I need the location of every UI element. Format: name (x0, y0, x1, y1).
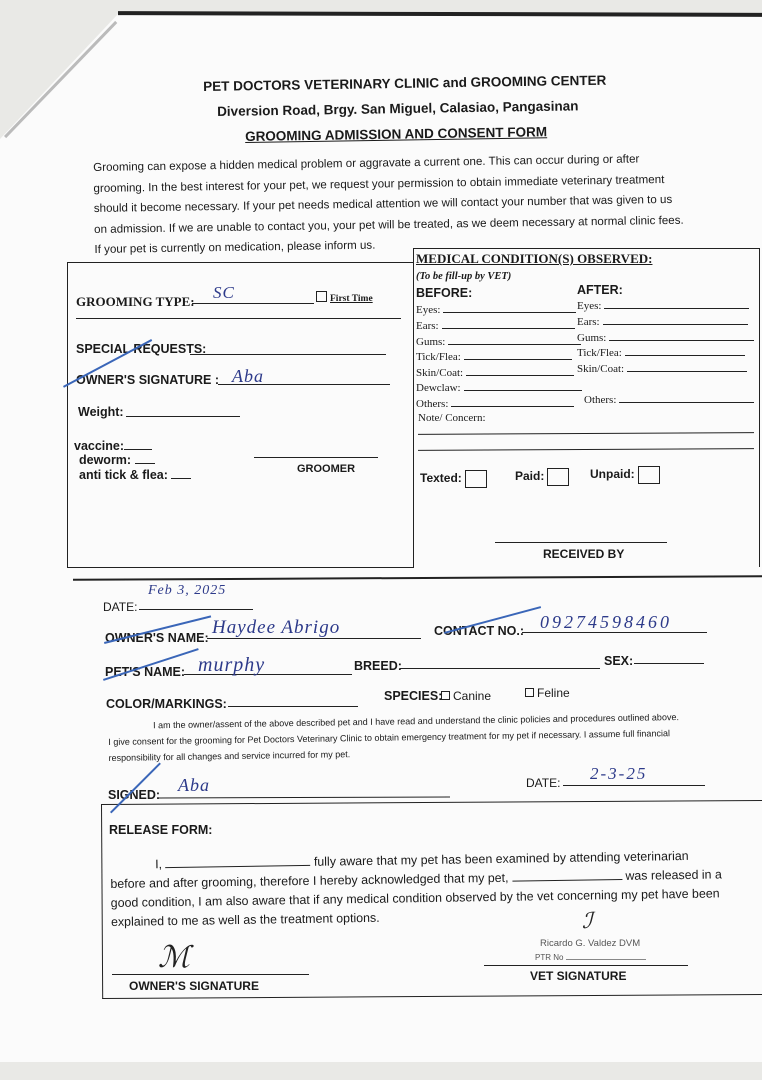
after-field-row: Skin/Coat: (577, 362, 747, 375)
ptr-field[interactable] (566, 952, 646, 960)
before-field-input[interactable] (448, 335, 581, 345)
special-requests-field[interactable] (190, 354, 386, 355)
texted-label: Texted: (420, 471, 462, 485)
paid-option: Paid: (515, 468, 569, 486)
consent-paragraph: I am the owner/assent of the above descr… (108, 708, 729, 766)
after-field-row: Ears: (577, 315, 748, 328)
consent-date-label: DATE: (526, 776, 560, 790)
before-field-input[interactable] (451, 397, 574, 407)
before-field-input[interactable] (464, 350, 572, 360)
before-field-row: Dewclaw: (416, 381, 582, 394)
owner-release-signature: ℳ (158, 940, 191, 975)
release-paragraph: I, fully aware that my pet has been exam… (110, 846, 761, 932)
before-field-label: Tick/Flea: (416, 351, 461, 363)
after-field-input[interactable] (603, 315, 748, 325)
before-field-row: Eyes: (416, 303, 576, 316)
medical-subtitle: (To be fill-up by VET) (416, 271, 511, 282)
owner-release-signature-line[interactable] (112, 974, 309, 975)
consent-date-value: 2-3-25 (590, 764, 647, 784)
after-field-label: Eyes: (577, 300, 601, 312)
deworm-text: deworm: (79, 453, 131, 467)
deworm-field[interactable] (135, 451, 155, 464)
before-label: BEFORE: (416, 286, 472, 300)
unpaid-option: Unpaid: (590, 466, 660, 484)
vet-signature-label: VET SIGNATURE (530, 969, 626, 983)
before-field-label: Eyes: (416, 304, 440, 316)
before-field-row: Tick/Flea: (416, 350, 572, 363)
pet-name-label: PET'S NAME: (105, 665, 185, 679)
species-canine-option[interactable]: Canine (441, 689, 491, 703)
anti-tick-text: anti tick & flea: (79, 468, 168, 482)
before-field-label: Others: (416, 398, 448, 410)
before-field-label: Gums: (416, 336, 445, 348)
sex-field[interactable] (634, 663, 704, 664)
groomer-signature-line[interactable] (254, 457, 378, 458)
before-field-label: Ears: (416, 320, 439, 332)
vet-name: Ricardo G. Valdez DVM (540, 938, 640, 949)
before-field-label: Dewclaw: (416, 382, 461, 394)
medical-title: MEDICAL CONDITION(S) OBSERVED: (416, 251, 652, 267)
paid-label: Paid: (515, 469, 544, 483)
before-field-row: Ears: (416, 319, 575, 332)
breed-field[interactable] (400, 668, 600, 669)
texted-checkbox[interactable] (465, 470, 487, 488)
first-time-checkbox[interactable] (316, 291, 327, 302)
unpaid-label: Unpaid: (590, 467, 635, 481)
signed-value: Aba (178, 775, 210, 796)
after-label: AFTER: (577, 283, 623, 297)
sex-label: SEX: (604, 654, 633, 668)
before-field-row: Gums: (416, 335, 581, 348)
signed-label: SIGNED: (108, 788, 160, 802)
vet-signature: ℐ (582, 908, 593, 934)
texted-option: Texted: (420, 470, 487, 488)
after-field-row: Others: (584, 393, 754, 406)
contact-value: 09274598460 (540, 612, 672, 633)
owner-name-value: Haydee Abrigo (212, 617, 340, 639)
grooming-type-value: SC (213, 283, 235, 303)
before-field-row: Others: (416, 397, 574, 410)
color-markings-field[interactable] (228, 706, 358, 707)
before-field-input[interactable] (443, 303, 576, 313)
canine-label: Canine (453, 689, 491, 703)
release-line2-suffix: was released in a (625, 867, 722, 883)
release-i: I, (110, 857, 162, 872)
feline-checkbox[interactable] (525, 688, 534, 697)
weight-label: Weight: (78, 405, 124, 419)
grooming-type-label: GROOMING TYPE: (76, 294, 195, 310)
weight-field[interactable] (126, 416, 240, 417)
after-field-input[interactable] (627, 362, 747, 372)
pet-name-blank[interactable] (512, 867, 622, 882)
owner-signature-label: OWNER'S SIGNATURE : (76, 373, 219, 387)
after-field-input[interactable] (609, 331, 754, 341)
vaccine-field[interactable] (124, 437, 152, 450)
groomer-label: GROOMER (297, 463, 355, 475)
paid-checkbox[interactable] (547, 468, 569, 486)
date-field[interactable] (139, 609, 253, 610)
vet-signature-line[interactable] (484, 965, 688, 966)
received-by-line[interactable] (495, 542, 667, 543)
ptr-text: PTR No (535, 953, 563, 962)
consent-date-field[interactable] (563, 785, 705, 786)
first-time-label: First Time (330, 294, 373, 304)
after-field-label: Skin/Coat: (577, 363, 624, 375)
after-field-input[interactable] (625, 346, 745, 356)
before-field-row: Skin/Coat: (416, 366, 574, 379)
after-field-label: Gums: (577, 332, 606, 344)
pet-name-value: murphy (198, 654, 265, 677)
after-field-row: Eyes: (577, 299, 749, 312)
species-label: SPECIES: (384, 689, 442, 703)
anti-tick-field[interactable] (171, 466, 191, 479)
received-by-label: RECEIVED BY (543, 547, 624, 561)
canine-checkbox[interactable] (441, 691, 450, 700)
owner-signature-value: Aba (232, 366, 264, 387)
after-field-input[interactable] (619, 393, 754, 403)
feline-label: Feline (537, 686, 570, 700)
ptr-label: PTR No (535, 952, 646, 962)
before-field-input[interactable] (466, 366, 574, 376)
color-markings-label: COLOR/MARKINGS: (106, 697, 227, 711)
date-value: Feb 3, 2025 (148, 583, 226, 599)
after-field-label: Tick/Flea: (577, 347, 622, 359)
before-field-input[interactable] (464, 381, 582, 391)
before-field-label: Skin/Coat: (416, 367, 463, 379)
intro-paragraph: Grooming can expose a hidden medical pro… (93, 148, 710, 260)
species-feline-option[interactable]: Feline (525, 686, 570, 700)
after-field-input[interactable] (604, 299, 749, 309)
owner-release-signature-label: OWNER'S SIGNATURE (129, 979, 259, 993)
deworm-label: deworm: (79, 451, 155, 467)
release-form-title: RELEASE FORM: (109, 823, 212, 837)
breed-label: BREED: (354, 659, 402, 673)
date-label: DATE: (103, 600, 137, 614)
after-field-label: Ears: (577, 316, 600, 328)
grooming-type-field[interactable] (192, 303, 314, 304)
after-field-label: Others: (584, 394, 616, 406)
unpaid-checkbox[interactable] (638, 466, 660, 484)
note-label: Note/ Concern: (418, 412, 486, 424)
before-field-input[interactable] (442, 319, 575, 329)
owner-name-blank[interactable] (165, 853, 310, 868)
after-field-row: Tick/Flea: (577, 346, 745, 359)
anti-tick-label: anti tick & flea: (79, 466, 191, 482)
after-field-row: Gums: (577, 331, 754, 344)
grooming-extra-line (76, 318, 401, 319)
first-time-option[interactable]: First Time (316, 291, 373, 304)
